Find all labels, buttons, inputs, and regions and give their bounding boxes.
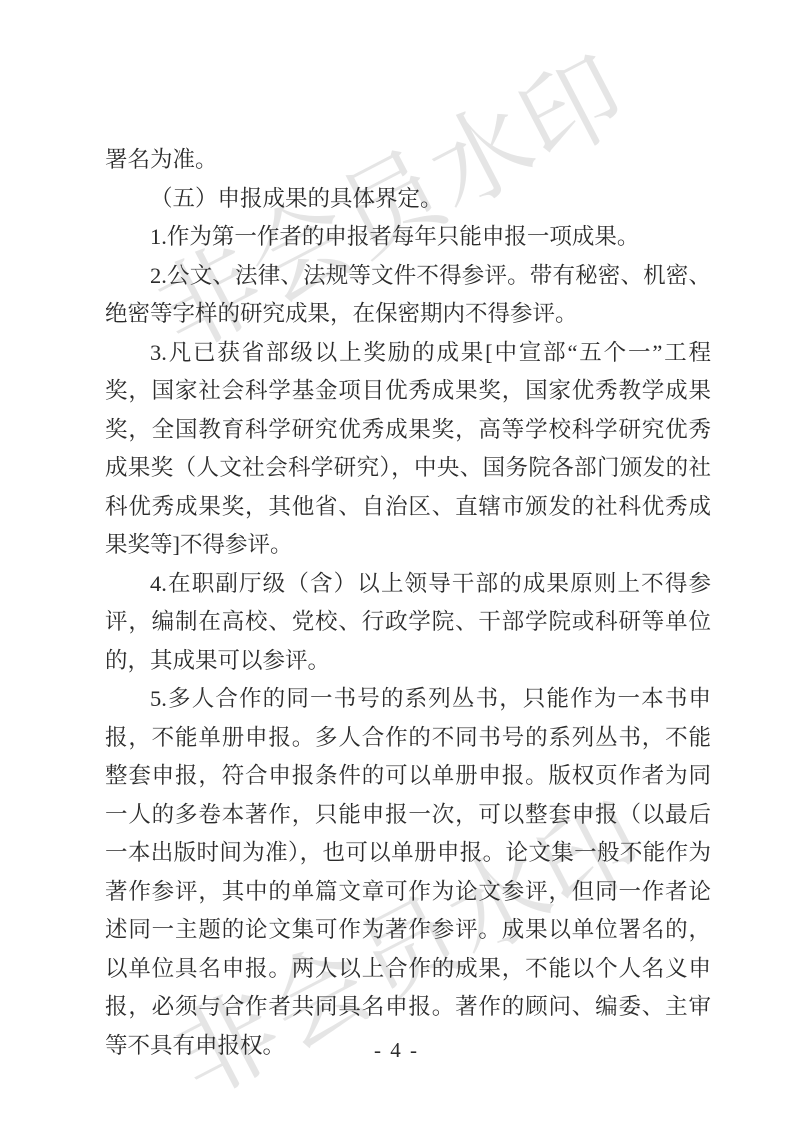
body-paragraph: 1.作为第一作者的申报者每年只能申报一项成果。 bbox=[105, 218, 711, 257]
body-paragraph: 4.在职副厅级（含）以上领导干部的成果原则上不得参评，编制在高校、党校、行政学院… bbox=[105, 565, 711, 681]
page-number: - 4 - bbox=[0, 1038, 793, 1063]
body-paragraph: 5.多人合作的同一书号的系列丛书，只能作为一本书申报，不能单册申报。多人合作的不… bbox=[105, 680, 711, 1065]
document-page: 非会员水印 非会员水印 署名为准。 （五）申报成果的具体界定。 1.作为第一作者… bbox=[0, 0, 793, 1122]
document-body: 署名为准。 （五）申报成果的具体界定。 1.作为第一作者的申报者每年只能申报一项… bbox=[105, 141, 711, 1065]
body-paragraph: 3.凡已获省部级以上奖励的成果[中宣部“五个一”工程奖，国家社会科学基金项目优秀… bbox=[105, 334, 711, 565]
body-paragraph: 2.公文、法律、法规等文件不得参评。带有秘密、机密、绝密等字样的研究成果，在保密… bbox=[105, 257, 711, 334]
body-paragraph: 署名为准。 bbox=[105, 141, 711, 180]
body-paragraph: （五）申报成果的具体界定。 bbox=[105, 180, 711, 219]
